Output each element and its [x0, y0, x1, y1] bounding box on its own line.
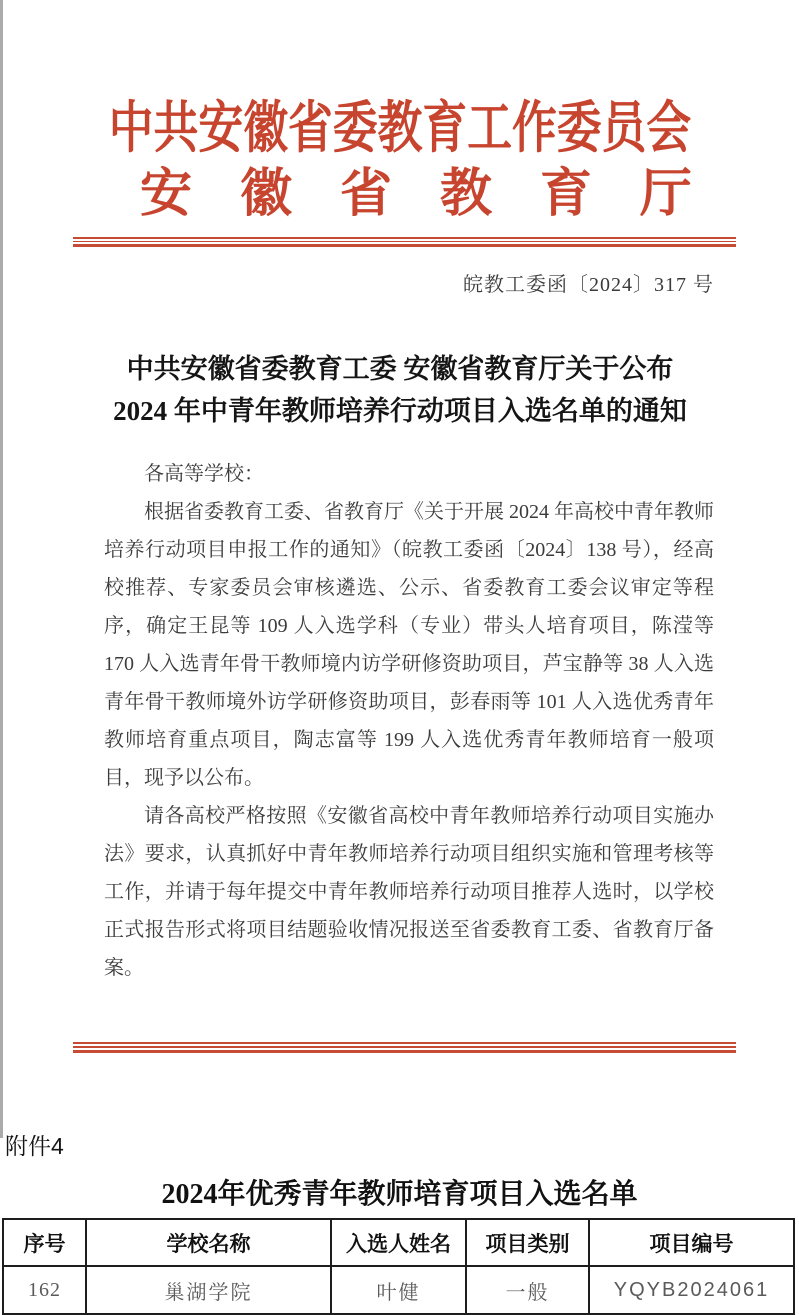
red-rule-stripe	[73, 244, 736, 247]
letterhead-char: 徽	[240, 166, 292, 224]
paragraph-1: 根据省委教育工委、省教育厅《关于开展 2024 年高校中青年教师培养行动项目申报…	[104, 493, 714, 797]
header-cell-project-id: 项目编号	[589, 1219, 794, 1266]
table-row: 162 巢湖学院 叶健 一般 YQYB2024061	[3, 1266, 794, 1314]
letterhead-char: 安	[140, 166, 192, 224]
header-cell-category: 项目类别	[466, 1219, 589, 1266]
doc-title: 中共安徽省委教育工委 安徽省教育厅关于公布 2024 年中青年教师培养行动项目入…	[84, 348, 716, 432]
header-cell-name: 入选人姓名	[331, 1219, 466, 1266]
salutation: 各高等学校：	[104, 455, 714, 493]
letterhead-char: 育	[540, 166, 592, 224]
roster-table: 序号 学校名称 入选人姓名 项目类别 项目编号 162 巢湖学院 叶健 一般 Y…	[2, 1218, 795, 1315]
cell-name: 叶健	[331, 1266, 466, 1314]
letterhead-char: 厅	[640, 166, 692, 224]
cell-serial: 162	[3, 1266, 86, 1314]
letterhead-line2: 安徽省教育厅	[140, 166, 692, 224]
cell-category: 一般	[466, 1266, 589, 1314]
red-rule-stripe	[73, 1050, 736, 1053]
cell-school: 巢湖学院	[86, 1266, 331, 1314]
red-rule-top	[73, 237, 736, 247]
header-cell-serial: 序号	[3, 1219, 86, 1266]
doc-title-line2: 2024 年中青年教师培养行动项目入选名单的通知	[84, 390, 716, 432]
letterhead-char: 省	[340, 166, 392, 224]
doc-number: 皖教工委函〔2024〕317 号	[104, 268, 714, 297]
letterhead: 中共安徽省委教育工作委员会 安徽省教育厅	[0, 96, 799, 224]
cell-project-id: YQYB2024061	[589, 1266, 794, 1314]
attachment-label: 附件4	[5, 1128, 64, 1161]
body-text: 各高等学校： 根据省委教育工委、省教育厅《关于开展 2024 年高校中青年教师培…	[104, 455, 714, 987]
letterhead-line1: 中共安徽省委教育工作委员会	[108, 96, 690, 162]
letterhead-char: 教	[440, 166, 492, 224]
paragraph-2: 请各高校严格按照《安徽省高校中青年教师培养行动项目实施办法》要求，认真抓好中青年…	[104, 797, 714, 987]
header-cell-school: 学校名称	[86, 1219, 331, 1266]
document-page: 中共安徽省委教育工作委员会 安徽省教育厅 皖教工委函〔2024〕317 号 中共…	[0, 0, 799, 1315]
roster-header-row: 序号 学校名称 入选人姓名 项目类别 项目编号	[3, 1219, 794, 1266]
doc-title-line1: 中共安徽省委教育工委 安徽省教育厅关于公布	[84, 348, 716, 390]
roster-table-title: 2024年优秀青年教师培育项目入选名单	[0, 1172, 799, 1212]
red-rule-bottom	[73, 1042, 736, 1053]
